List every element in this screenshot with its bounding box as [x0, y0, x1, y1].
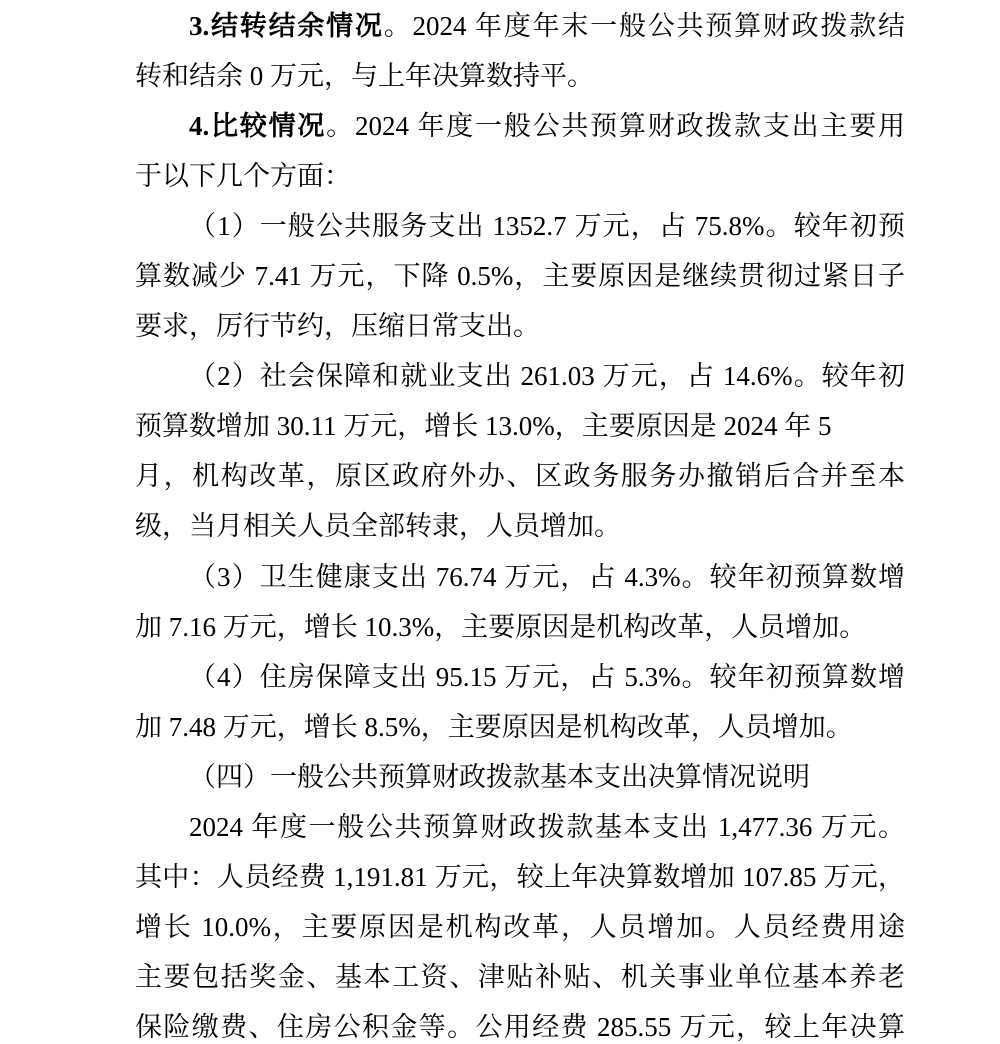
text-segment: 增长 10.0%，主要原因是机构改革，人员增加。人员经费用途	[135, 912, 905, 942]
text-segment: 于以下几个方面：	[135, 161, 351, 191]
text-line: 主要包括奖金、基本工资、津贴补贴、机关事业单位基本养老	[135, 952, 905, 1002]
text-line: 3.结转结余情况。2024 年度年末一般公共预算财政拨款结	[135, 1, 905, 51]
text-segment: 转和结余 0 万元，与上年决算数持平。	[135, 61, 594, 91]
text-line: 转和结余 0 万元，与上年决算数持平。	[135, 51, 905, 101]
text-segment: 其中：人员经费 1,191.81 万元，较上年决算数增加 107.85 万元，	[135, 862, 905, 892]
text-line: （四）一般公共预算财政拨款基本支出决算情况说明	[135, 752, 905, 802]
text-line: 其中：人员经费 1,191.81 万元，较上年决算数增加 107.85 万元，	[135, 852, 905, 902]
document-body: 3.结转结余情况。2024 年度年末一般公共预算财政拨款结转和结余 0 万元，与…	[135, 1, 905, 1044]
text-line: 级，当月相关人员全部转隶，人员增加。	[135, 501, 905, 551]
text-segment: （3）卫生健康支出 76.74 万元，占 4.3%。较年初预算数增	[189, 562, 905, 592]
text-line: 4.比较情况。2024 年度一般公共预算财政拨款支出主要用	[135, 101, 905, 151]
text-segment: （4）住房保障支出 95.15 万元，占 5.3%。较年初预算数增	[189, 662, 905, 692]
text-line: 算数减少 7.41 万元，下降 0.5%，主要原因是继续贯彻过紧日子	[135, 251, 905, 301]
text-line: 要求，厉行节约，压缩日常支出。	[135, 301, 905, 351]
text-segment: 月，机构改革，原区政府外办、区政务服务办撤销后合并至本	[135, 461, 905, 491]
text-line: 增长 10.0%，主要原因是机构改革，人员增加。人员经费用途	[135, 902, 905, 952]
text-segment: （2）社会保障和就业支出 261.03 万元，占 14.6%。较年初	[189, 361, 905, 391]
text-line: 月，机构改革，原区政府外办、区政务服务办撤销后合并至本	[135, 451, 905, 501]
text-segment: 2024 年度一般公共预算财政拨款基本支出 1,477.36 万元。	[189, 812, 905, 842]
text-segment: 。2024 年度一般公共预算财政拨款支出主要用	[326, 111, 905, 141]
text-segment: （1）一般公共服务支出 1352.7 万元，占 75.8%。较年初预	[189, 211, 905, 241]
text-segment: 加 7.16 万元，增长 10.3%，主要原因是机构改革，人员增加。	[135, 612, 866, 642]
text-segment: 保险缴费、住房公积金等。公用经费 285.55 万元，较上年决算	[135, 1012, 905, 1042]
text-line: 保险缴费、住房公积金等。公用经费 285.55 万元，较上年决算	[135, 1002, 905, 1044]
text-segment: 要求，厉行节约，压缩日常支出。	[135, 311, 540, 341]
text-line: 2024 年度一般公共预算财政拨款基本支出 1,477.36 万元。	[135, 802, 905, 852]
text-line: （2）社会保障和就业支出 261.03 万元，占 14.6%。较年初	[135, 351, 905, 401]
text-segment: 主要包括奖金、基本工资、津贴补贴、机关事业单位基本养老	[135, 962, 905, 992]
text-line: （4）住房保障支出 95.15 万元，占 5.3%。较年初预算数增	[135, 652, 905, 702]
text-line: （3）卫生健康支出 76.74 万元，占 4.3%。较年初预算数增	[135, 552, 905, 602]
text-segment: （四）一般公共预算财政拨款基本支出决算情况说明	[189, 762, 810, 792]
text-line: 加 7.16 万元，增长 10.3%，主要原因是机构改革，人员增加。	[135, 602, 905, 652]
text-line: （1）一般公共服务支出 1352.7 万元，占 75.8%。较年初预	[135, 201, 905, 251]
text-segment: 加 7.48 万元，增长 8.5%，主要原因是机构改革，人员增加。	[135, 712, 853, 742]
document-page: 3.结转结余情况。2024 年度年末一般公共预算财政拨款结转和结余 0 万元，与…	[0, 0, 1000, 1044]
text-segment: 算数减少 7.41 万元，下降 0.5%，主要原因是继续贯彻过紧日子	[135, 261, 905, 291]
text-segment: 预算数增加 30.11 万元，增长 13.0%，主要原因是 2024 年 5	[135, 411, 832, 441]
text-line: 预算数增加 30.11 万元，增长 13.0%，主要原因是 2024 年 5	[135, 401, 905, 451]
text-segment: 级，当月相关人员全部转隶，人员增加。	[135, 511, 621, 541]
bold-text-segment: 3.结转结余情况	[189, 11, 384, 41]
text-line: 于以下几个方面：	[135, 151, 905, 201]
text-segment: 。2024 年度年末一般公共预算财政拨款结	[384, 11, 905, 41]
bold-text-segment: 4.比较情况	[189, 111, 326, 141]
text-line: 加 7.48 万元，增长 8.5%，主要原因是机构改革，人员增加。	[135, 702, 905, 752]
